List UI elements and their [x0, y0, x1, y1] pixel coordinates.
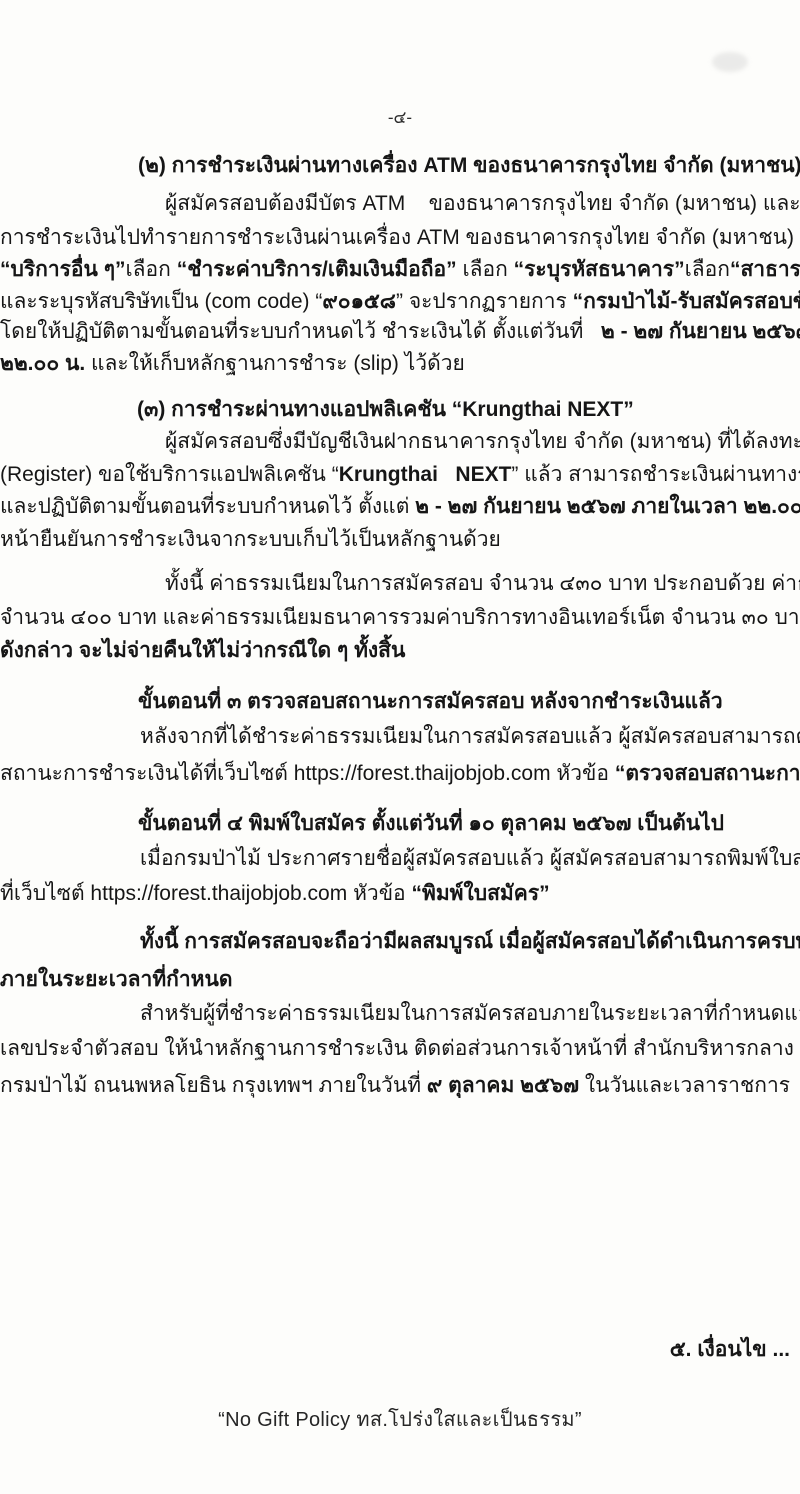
text-segment: ๙ ตุลาคม ๒๕๖๗ [427, 1074, 579, 1097]
text-segment: และระบุรหัสบริษัทเป็น (com code) “ [0, 290, 322, 313]
text-segment: ขั้นตอนที่ ๓ ตรวจสอบสถานะการสมัครสอบ หลั… [138, 690, 723, 713]
text-segment: ดังกล่าว จะไม่จ่ายคืนให้ไม่ว่ากรณีใด ๆ ท… [0, 639, 405, 662]
text-segment: การชำระเงินไปทำรายการชำระเงินผ่านเครื่อง… [0, 226, 800, 249]
text-segment: โดยให้ปฏิบัติตามขั้นตอนที่ระบบกำหนดไว้ ช… [0, 320, 601, 343]
section-3-line-1: ผู้สมัครสอบซึ่งมีบัญชีเงินฝากธนาคารกรุงไ… [165, 428, 800, 455]
step-3-line-2: สถานะการชำระเงินได้ที่เว็บไซต์ https://f… [0, 760, 800, 787]
text-segment: เลือก [685, 258, 730, 281]
text-segment: และให้เก็บหลักฐานการชำระ (slip) ไว้ด้วย [85, 352, 465, 375]
text-segment: ๒๒.๐๐ น. [0, 352, 85, 375]
section-2-heading: (๒) การชำระเงินผ่านทางเครื่อง ATM ของธนา… [138, 152, 800, 179]
text-segment: ” แล้ว สามารถชำระเงินผ่านทางระบบแอปพลิเค… [511, 463, 800, 486]
text-segment: ขั้นตอนที่ ๔ พิมพ์ใบสมัคร ตั้งแต่วันที่ … [138, 812, 724, 835]
text-segment: “ชำระค่าบริการ/เติมเงินมือถือ” [177, 258, 457, 281]
scan-smudge [712, 52, 748, 72]
section-3-line-4: หน้ายืนยันการชำระเงินจากระบบเก็บไว้เป็นห… [0, 526, 501, 553]
contact-line-2: เลขประจำตัวสอบ ให้นำหลักฐานการชำระเงิน ต… [0, 1035, 800, 1062]
section-2-line-4: และระบุรหัสบริษัทเป็น (com code) “๙๐๑๕๘”… [0, 288, 800, 315]
scanned-document-page: -๔- (๒) การชำระเงินผ่านทางเครื่อง ATM ขอ… [0, 0, 800, 1494]
contact-line-3: กรมป่าไม้ ถนนพหลโยธิน กรุงเทพฯ ภายในวันท… [0, 1072, 790, 1099]
completeness-line-2: ภายในระยะเวลาที่กำหนด [0, 966, 233, 993]
text-segment: ๒ - ๒๗ กันยายน ๒๕๖๗ ภายในเวลา [601, 320, 800, 343]
text-segment: หลังจากที่ได้ชำระค่าธรรมเนียมในการสมัครส… [140, 725, 800, 748]
text-segment: เลือก [457, 258, 514, 281]
step-3-line-1: หลังจากที่ได้ชำระค่าธรรมเนียมในการสมัครส… [140, 723, 800, 750]
text-segment: ” จะปรากฏรายการ [396, 290, 573, 313]
contact-line-1: สำหรับผู้ที่ชำระค่าธรรมเนียมในการสมัครสอ… [140, 1000, 800, 1027]
text-segment: จำนวน ๔๐๐ บาท และค่าธรรมเนียมธนาคารรวมค่… [0, 606, 800, 629]
fee-line-1: ทั้งนี้ ค่าธรรมเนียมในการสมัครสอบ จำนวน … [165, 570, 800, 597]
text-segment: ทั้งนี้ การสมัครสอบจะถือว่ามีผลสมบูรณ์ เ… [140, 930, 800, 953]
text-segment: เลขประจำตัวสอบ ให้นำหลักฐานการชำระเงิน ต… [0, 1037, 800, 1060]
text-segment: ในวันและเวลาราชการ [579, 1074, 790, 1097]
text-segment: ที่เว็บไซต์ https://forest.thaijobjob.co… [0, 882, 412, 905]
step-4-line-2: ที่เว็บไซต์ https://forest.thaijobjob.co… [0, 880, 550, 907]
text-segment: ๒ - ๒๗ กันยายน ๒๕๖๗ ภายในเวลา ๒๒.๐๐ น. แ… [415, 495, 800, 518]
text-segment: ผู้สมัครสอบต้องมีบัตร ATM ของธนาคารกรุงไ… [165, 192, 800, 215]
fee-line-3: ดังกล่าว จะไม่จ่ายคืนให้ไม่ว่ากรณีใด ๆ ท… [0, 637, 405, 664]
step-3-heading: ขั้นตอนที่ ๓ ตรวจสอบสถานะการสมัครสอบ หลั… [138, 688, 723, 715]
continuation-note: ๕. เงื่อนไข ... [670, 1333, 790, 1366]
text-segment: สำหรับผู้ที่ชำระค่าธรรมเนียมในการสมัครสอ… [140, 1002, 800, 1025]
fee-line-2: จำนวน ๔๐๐ บาท และค่าธรรมเนียมธนาคารรวมค่… [0, 604, 800, 631]
section-2-line-3: “บริการอื่น ๆ”เลือก “ชำระค่าบริการ/เติมเ… [0, 256, 800, 283]
step-4-line-1: เมื่อกรมป่าไม้ ประกาศรายชื่อผู้สมัครสอบแ… [140, 845, 800, 872]
section-3-heading: (๓) การชำระผ่านทางแอปพลิเคชัน “Krungthai… [137, 396, 634, 423]
text-segment: (๓) การชำระผ่านทางแอปพลิเคชัน “Krungthai… [137, 398, 634, 421]
text-segment: หน้ายืนยันการชำระเงินจากระบบเก็บไว้เป็นห… [0, 528, 501, 551]
section-2-line-2: การชำระเงินไปทำรายการชำระเงินผ่านเครื่อง… [0, 224, 800, 251]
text-segment: กรมป่าไม้ ถนนพหลโยธิน กรุงเทพฯ ภายในวันท… [0, 1074, 427, 1097]
step-4-heading: ขั้นตอนที่ ๔ พิมพ์ใบสมัคร ตั้งแต่วันที่ … [138, 810, 724, 837]
text-segment: ผู้สมัครสอบซึ่งมีบัญชีเงินฝากธนาคารกรุงไ… [165, 430, 800, 453]
section-3-line-3: และปฏิบัติตามขั้นตอนที่ระบบกำหนดไว้ ตั้ง… [0, 493, 800, 520]
text-segment: ๙๐๑๕๘ [322, 290, 396, 313]
text-segment: “สาธารณูปโภค/อื่น ๆ” [730, 258, 800, 281]
section-2-line-6: ๒๒.๐๐ น. และให้เก็บหลักฐานการชำระ (slip)… [0, 350, 465, 377]
text-segment: “ตรวจสอบสถานะการรับสมัคร” [615, 762, 800, 785]
text-segment: เลือก [125, 258, 176, 281]
section-2-line-5: โดยให้ปฏิบัติตามขั้นตอนที่ระบบกำหนดไว้ ช… [0, 318, 800, 345]
page-number: -๔- [0, 104, 800, 131]
text-segment: และปฏิบัติตามขั้นตอนที่ระบบกำหนดไว้ ตั้ง… [0, 495, 415, 518]
no-gift-policy-footer: “No Gift Policy ทส.โปร่งใสและเป็นธรรม” [0, 1403, 800, 1435]
text-segment: (Register) ขอใช้บริการแอปพลิเคชัน “ [0, 463, 339, 486]
text-segment: (๒) การชำระเงินผ่านทางเครื่อง ATM ของธนา… [138, 154, 800, 177]
section-2-line-1: ผู้สมัครสอบต้องมีบัตร ATM ของธนาคารกรุงไ… [165, 190, 800, 217]
text-segment: “พิมพ์ใบสมัคร” [412, 882, 550, 905]
section-3-line-2: (Register) ขอใช้บริการแอปพลิเคชัน “Krung… [0, 461, 800, 488]
text-segment: “บริการอื่น ๆ” [0, 258, 125, 281]
text-segment: ทั้งนี้ ค่าธรรมเนียมในการสมัครสอบ จำนวน … [165, 572, 800, 595]
text-segment: ภายในระยะเวลาที่กำหนด [0, 968, 233, 991]
text-segment: เมื่อกรมป่าไม้ ประกาศรายชื่อผู้สมัครสอบแ… [140, 847, 800, 870]
completeness-line-1: ทั้งนี้ การสมัครสอบจะถือว่ามีผลสมบูรณ์ เ… [140, 928, 800, 955]
text-segment: Krungthai NEXT [339, 463, 512, 486]
text-segment: “ระบุรหัสธนาคาร” [514, 258, 685, 281]
text-segment: สถานะการชำระเงินได้ที่เว็บไซต์ https://f… [0, 762, 615, 785]
text-segment: “กรมป่าไม้-รับสมัครสอบข้าราชการ” [573, 290, 800, 313]
